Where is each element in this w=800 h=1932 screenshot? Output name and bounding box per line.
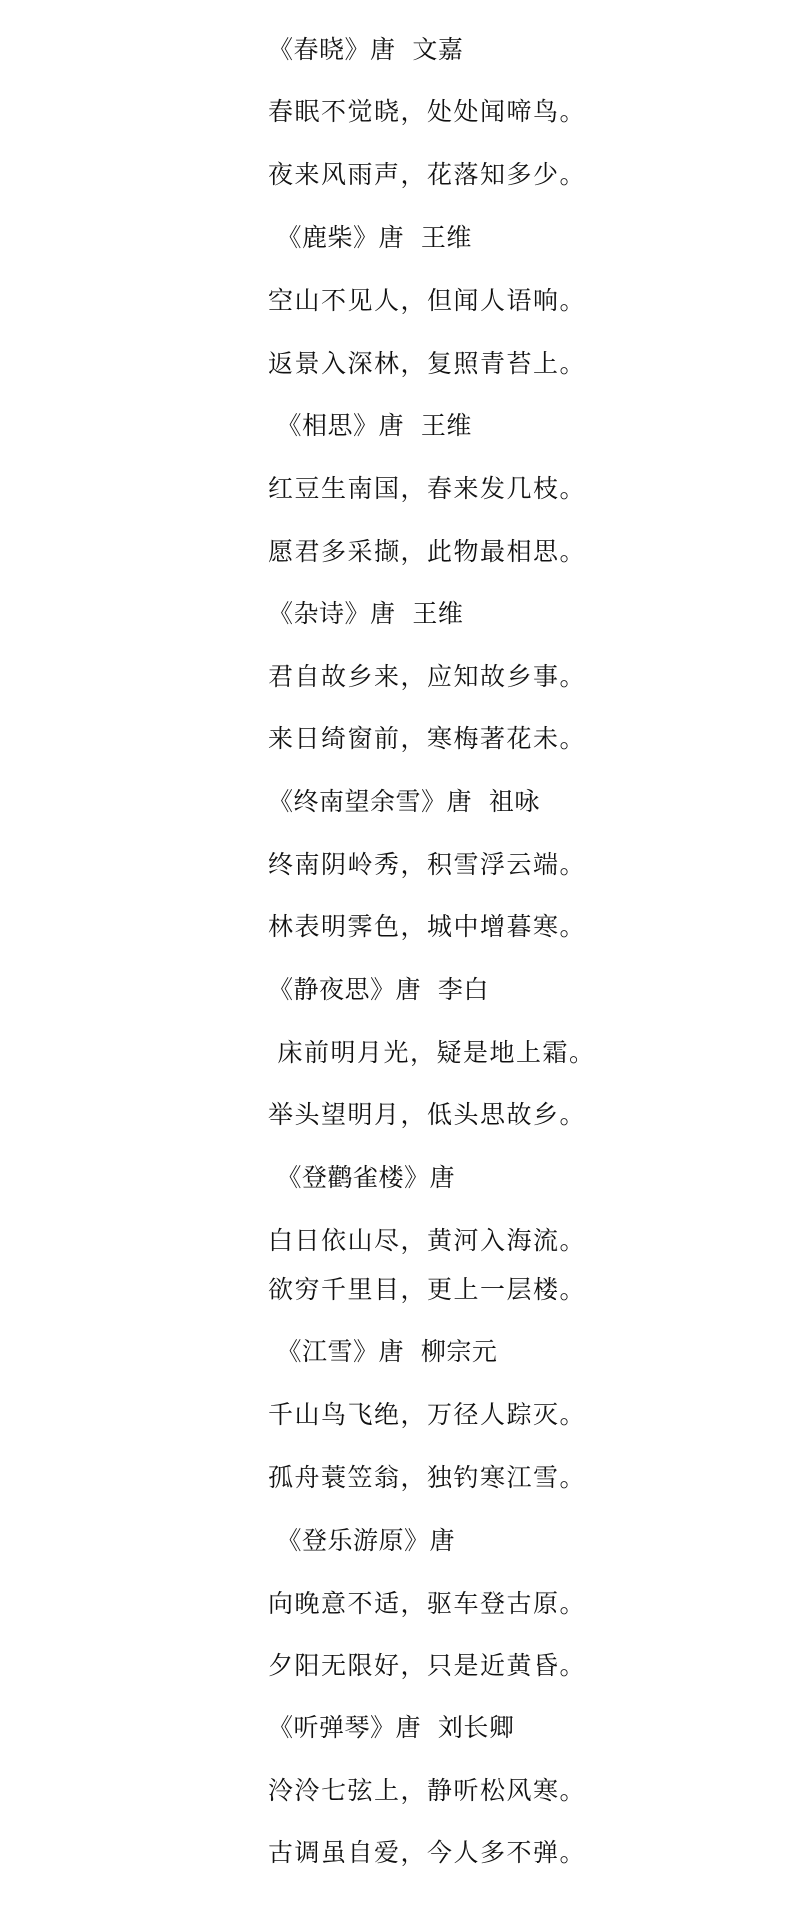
poem-line: 返景入深林，复照青苔上。 xyxy=(268,347,586,381)
poem-line: 春眠不觉晓，处处闻啼鸟。 xyxy=(268,95,586,129)
poem-title: 《听弹琴》唐 刘长卿 xyxy=(268,1711,514,1745)
poem-line: 孤舟蓑笠翁，独钓寒江雪。 xyxy=(268,1461,586,1495)
poem-line: 夕阳无限好，只是近黄昏。 xyxy=(268,1649,586,1683)
poem-title: 《相思》唐 王维 xyxy=(268,409,472,443)
poem-title: 《江雪》唐 柳宗元 xyxy=(268,1335,497,1369)
poem-line: 向晚意不适，驱车登古原。 xyxy=(268,1587,586,1621)
poem-title: 《春晓》唐 文嘉 xyxy=(268,33,463,67)
poem-title: 《终南望余雪》唐 祖咏 xyxy=(268,785,540,819)
poem-title: 《鹿柴》唐 王维 xyxy=(268,221,472,255)
poem-title: 《静夜思》唐 李白 xyxy=(268,973,489,1007)
poem-line: 举头望明月，低头思故乡。 xyxy=(268,1098,586,1132)
poem-line: 林表明霁色，城中增暮寒。 xyxy=(268,910,586,944)
poem-line: 白日依山尽，黄河入海流。 xyxy=(268,1224,586,1258)
poem-title: 《登鹳雀楼》唐 xyxy=(268,1161,455,1195)
poem-line: 终南阴岭秀，积雪浮云端。 xyxy=(268,848,586,882)
poem-line: 欲穷千里目，更上一层楼。 xyxy=(268,1273,586,1307)
poem-line: 泠泠七弦上，静听松风寒。 xyxy=(268,1774,586,1808)
poem-title: 《登乐游原》唐 xyxy=(268,1524,455,1558)
poem-line: 空山不见人，但闻人语响。 xyxy=(268,284,586,318)
poem-line: 来日绮窗前，寒梅著花未。 xyxy=(268,722,586,756)
poem-line: 夜来风雨声，花落知多少。 xyxy=(268,158,586,192)
poem-line: 千山鸟飞绝，万径人踪灭。 xyxy=(268,1398,586,1432)
poem-line: 红豆生南国，春来发几枝。 xyxy=(268,472,586,506)
poem-line: 君自故乡来，应知故乡事。 xyxy=(268,660,586,694)
poem-line: 床前明月光，疑是地上霜。 xyxy=(268,1036,595,1070)
poem-title: 《杂诗》唐 王维 xyxy=(268,597,463,631)
poem-line: 愿君多采撷，此物最相思。 xyxy=(268,535,586,569)
poem-line: 古调虽自爱，今人多不弹。 xyxy=(268,1836,586,1870)
